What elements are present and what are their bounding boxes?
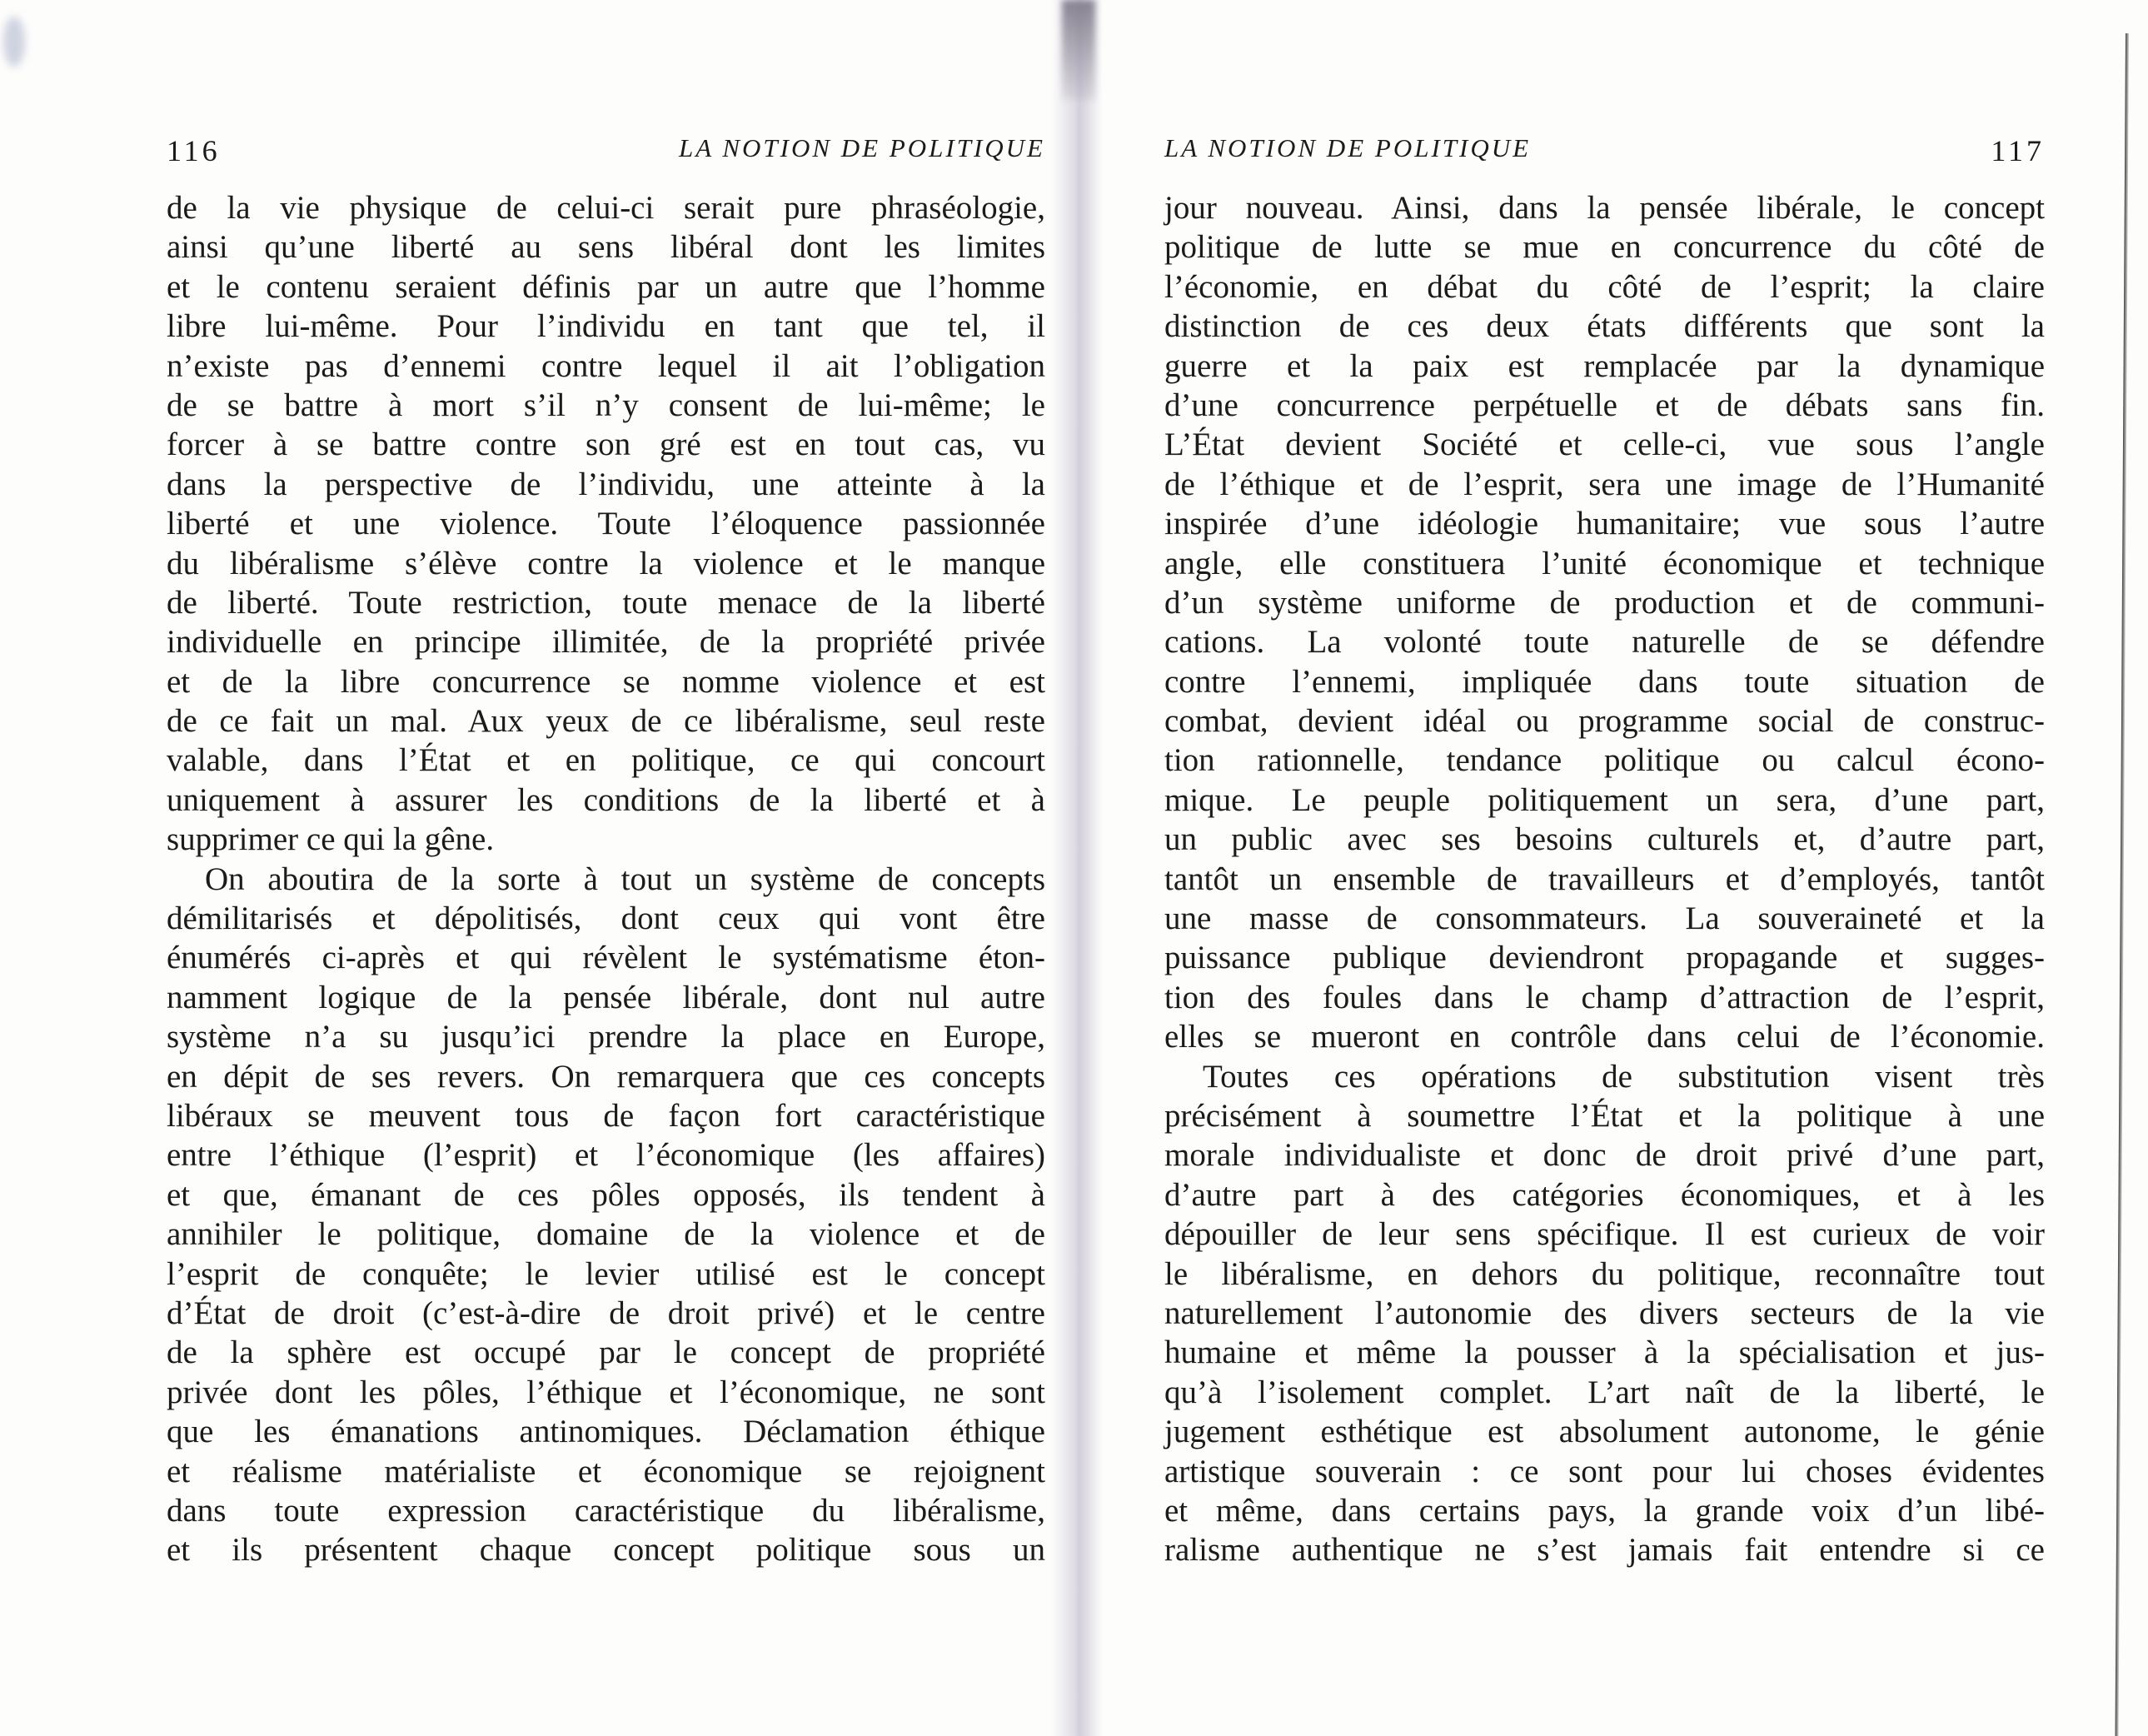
text-line: énumérés ci-après et qui révèlent le sys…	[167, 938, 1045, 977]
text-line: une masse de consommateurs. La souverain…	[1164, 899, 2045, 938]
text-line: mique. Le peuple politiquement un sera, …	[1164, 781, 2045, 820]
text-line: et même, dans certains pays, la grande v…	[1164, 1491, 2045, 1530]
text-line: de la sphère est occupé par le concept d…	[167, 1333, 1045, 1372]
text-line: angle, elle constituera l’unité économiq…	[1164, 544, 2045, 583]
text-line: individuelle en principe illimitée, de l…	[167, 622, 1045, 661]
text-line: de l’éthique et de l’esprit, sera une im…	[1164, 465, 2045, 504]
text-line: précisément à soumettre l’État et la pol…	[1164, 1096, 2045, 1135]
text-line: n’existe pas d’ennemi contre lequel il a…	[167, 347, 1045, 386]
text-line: valable, dans l’État et en politique, ce…	[167, 741, 1045, 780]
binding-shadow	[1062, 0, 1095, 100]
text-line: privée dont les pôles, l’éthique et l’éc…	[167, 1373, 1045, 1412]
scan-smudge	[3, 17, 25, 67]
text-line: entre l’éthique (l’esprit) et l’économiq…	[167, 1135, 1045, 1175]
text-line: un public avec ses besoins culturels et,…	[1164, 820, 2045, 859]
text-line: inspirée d’une idéologie humanitaire; vu…	[1164, 504, 2045, 543]
text-line: combat, devient idéal ou programme socia…	[1164, 701, 2045, 741]
text-line: elles se mueront en contrôle dans celui …	[1164, 1017, 2045, 1056]
text-line: puissance publique deviendront propagand…	[1164, 938, 2045, 977]
text-line: de liberté. Toute restriction, toute men…	[167, 583, 1045, 622]
text-line: guerre et la paix est remplacée par la d…	[1164, 347, 2045, 386]
text-line: et que, émanant de ces pôles opposés, il…	[167, 1175, 1045, 1215]
text-line: politique de lutte se mue en concurrence…	[1164, 227, 2045, 267]
text-line: liberté et une violence. Toute l’éloquen…	[167, 504, 1045, 543]
text-line: tantôt un ensemble de travailleurs et d’…	[1164, 860, 2045, 899]
text-line: tion rationnelle, tendance politique ou …	[1164, 741, 2045, 780]
text-line: libre lui-même. Pour l’individu en tant …	[167, 307, 1045, 346]
text-line: d’une concurrence perpétuelle et de déba…	[1164, 386, 2045, 425]
text-line: système n’a su jusqu’ici prendre la plac…	[167, 1017, 1045, 1056]
text-line: namment logique de la pensée libérale, d…	[167, 978, 1045, 1017]
page-body: de la vie physique de celui-ci serait pu…	[167, 188, 1045, 1570]
text-line: jour nouveau. Ainsi, dans la pensée libé…	[1164, 188, 2045, 227]
text-line: dépouiller de leur sens spécifique. Il e…	[1164, 1215, 2045, 1254]
text-line: qu’à l’isolement complet. L’art naît de …	[1164, 1373, 2045, 1412]
text-line: jugement esthétique est absolument auton…	[1164, 1412, 2045, 1451]
text-line: libéraux se meuvent tous de façon fort c…	[167, 1096, 1045, 1135]
text-line: L’État devient Société et celle-ci, vue …	[1164, 425, 2045, 464]
text-line: de la vie physique de celui-ci serait pu…	[167, 188, 1045, 227]
text-line: humaine et même la pousser à la spéciali…	[1164, 1333, 2045, 1372]
text-line: naturellement l’autonomie des divers sec…	[1164, 1294, 2045, 1333]
text-line: dans la perspective de l’individu, une a…	[167, 465, 1045, 504]
text-line: dans toute expression caractéristique du…	[167, 1491, 1045, 1530]
text-line: annihiler le politique, domaine de la vi…	[167, 1215, 1045, 1254]
text-line: et réalisme matérialiste et économique s…	[167, 1452, 1045, 1491]
text-line: forcer à se battre contre son gré est en…	[167, 425, 1045, 464]
text-line: du libéralisme s’élève contre la violenc…	[167, 544, 1045, 583]
text-line: et de la libre concurrence se nomme viol…	[167, 662, 1045, 701]
text-line: On aboutira de la sorte à tout un systèm…	[167, 860, 1045, 899]
page-edge	[2116, 33, 2129, 1736]
text-line: uniquement à assurer les conditions de l…	[167, 781, 1045, 820]
text-line: morale individualiste et donc de droit p…	[1164, 1135, 2045, 1175]
text-line: de ce fait un mal. Aux yeux de ce libéra…	[167, 701, 1045, 741]
page-header: 116 LA NOTION DE POLITIQUE	[167, 133, 1045, 167]
text-line: tion des foules dans le champ d’attracti…	[1164, 978, 2045, 1017]
book-spread: 116 LA NOTION DE POLITIQUE de la vie phy…	[0, 0, 2148, 1736]
text-line: en dépit de ses revers. On remarquera qu…	[167, 1057, 1045, 1096]
text-line: l’esprit de conquête; le levier utilisé …	[167, 1255, 1045, 1294]
text-line: Toutes ces opérations de substitution vi…	[1164, 1057, 2045, 1096]
text-line: l’économie, en débat du côté de l’esprit…	[1164, 267, 2045, 307]
running-head: LA NOTION DE POLITIQUE	[1164, 133, 1531, 163]
book-gutter-shadow	[1051, 0, 1103, 1736]
text-line: de se battre à mort s’il n’y consent de …	[167, 386, 1045, 425]
page-body: jour nouveau. Ainsi, dans la pensée libé…	[1164, 188, 2045, 1570]
text-line: supprimer ce qui la gêne.	[167, 820, 1045, 859]
text-line: d’État de droit (c’est-à-dire de droit p…	[167, 1294, 1045, 1333]
text-line: ainsi qu’une liberté au sens libéral don…	[167, 227, 1045, 267]
page-number: 117	[1991, 133, 2045, 168]
text-line: contre l’ennemi, impliquée dans toute si…	[1164, 662, 2045, 701]
text-line: et le contenu seraient définis par un au…	[167, 267, 1045, 307]
text-line: d’un système uniforme de production et d…	[1164, 583, 2045, 622]
text-line: le libéralisme, en dehors du politique, …	[1164, 1255, 2045, 1294]
running-head: LA NOTION DE POLITIQUE	[679, 133, 1045, 163]
text-line: d’autre part à des catégories économique…	[1164, 1175, 2045, 1215]
text-line: distinction de ces deux états différents…	[1164, 307, 2045, 346]
text-line: démilitarisés et dépolitisés, dont ceux …	[167, 899, 1045, 938]
text-line: cations. La volonté toute naturelle de s…	[1164, 622, 2045, 661]
text-line: et ils présentent chaque concept politiq…	[167, 1530, 1045, 1569]
text-line: artistique souverain : ce sont pour lui …	[1164, 1452, 2045, 1491]
page-header: LA NOTION DE POLITIQUE 117	[1164, 133, 2045, 167]
text-line: ralisme authentique ne s’est jamais fait…	[1164, 1530, 2045, 1569]
text-line: que les émanations antinomiques. Déclama…	[167, 1412, 1045, 1451]
page-number: 116	[167, 133, 221, 168]
